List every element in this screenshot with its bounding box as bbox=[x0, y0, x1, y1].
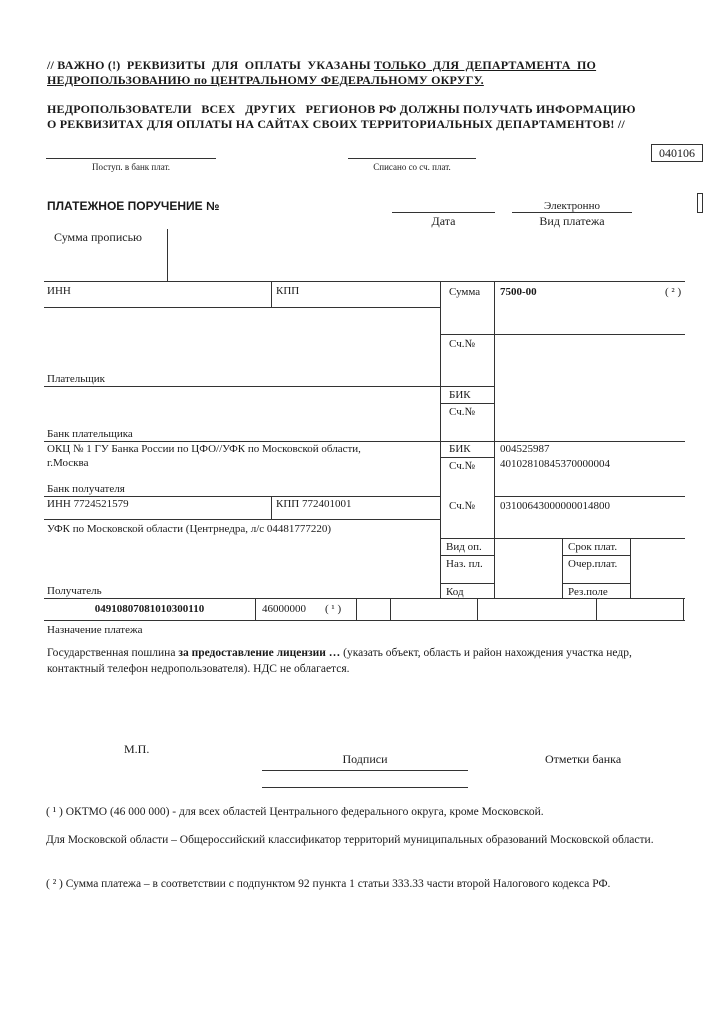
due-label: Срок плат. bbox=[568, 541, 617, 554]
payer-bank-label: Банк плательщика bbox=[47, 428, 133, 441]
notice-line1: // ВАЖНО (!) РЕКВИЗИТЫ ДЛЯ ОПЛАТЫ УКАЗАН… bbox=[47, 58, 374, 72]
recipient-bank-label: Банк получателя bbox=[47, 483, 125, 496]
payer-kpp-label: КПП bbox=[276, 285, 299, 298]
divider bbox=[390, 598, 391, 620]
form-code-box: 040106 bbox=[651, 144, 703, 162]
recipient-bank-name-line2: г.Москва bbox=[47, 457, 88, 470]
divider bbox=[440, 334, 685, 335]
divider bbox=[494, 281, 495, 598]
field-marker-box bbox=[697, 193, 703, 213]
op-type-label: Вид оп. bbox=[446, 541, 482, 554]
payer-bank-account-label: Сч.№ bbox=[449, 406, 475, 419]
recipient-bank-account-label: Сч.№ bbox=[449, 460, 475, 473]
recipient-account-label: Сч.№ bbox=[449, 500, 475, 513]
purpose-text-bold: за предоставление лицензии … bbox=[178, 647, 340, 659]
recipient-bank-bik-label: БИК bbox=[449, 443, 471, 456]
divider bbox=[562, 583, 630, 584]
recipient-label: Получатель bbox=[47, 585, 102, 598]
notice-line2: НЕДРОПОЛЬЗОВАНИЮ по ЦЕНТРАЛЬНОМУ ФЕДЕРАЛ… bbox=[47, 73, 484, 87]
signature-line-2 bbox=[262, 787, 468, 788]
divider bbox=[440, 457, 494, 458]
purpose-text-line2: контактный телефон недропользователя). Н… bbox=[47, 663, 349, 675]
divider bbox=[596, 598, 597, 620]
divider bbox=[683, 598, 684, 620]
recipient-bank-name-line1: ОКЦ № 1 ГУ Банка России по ЦФО//УФК по М… bbox=[47, 443, 361, 456]
divider bbox=[494, 496, 685, 497]
amount-label: Сумма bbox=[449, 286, 480, 299]
divider bbox=[562, 555, 630, 556]
kbk-code: 04910807081010300110 bbox=[44, 603, 255, 616]
divider bbox=[440, 583, 494, 584]
footnote-1: ( ¹ ) ОКТМО (46 000 000) - для всех обла… bbox=[46, 805, 674, 820]
divider bbox=[44, 620, 685, 621]
oktmo-code: 46000000 bbox=[262, 603, 306, 616]
date-line bbox=[392, 212, 495, 213]
received-line bbox=[46, 158, 216, 159]
amount-footnote: ( ² ) bbox=[665, 286, 681, 299]
divider bbox=[44, 519, 440, 520]
notice-line4: О РЕКВИЗИТАХ ДЛЯ ОПЛАТЫ НА САЙТАХ СВОИХ … bbox=[47, 117, 677, 132]
divider bbox=[167, 229, 168, 281]
recipient-name: УФК по Московской области (Центрнедра, л… bbox=[47, 523, 331, 536]
oktmo-footnote: ( ¹ ) bbox=[325, 603, 341, 616]
amount-value: 7500-00 bbox=[500, 286, 537, 299]
recipient-inn: ИНН 7724521579 bbox=[47, 498, 129, 511]
form-code: 040106 bbox=[659, 146, 695, 160]
divider bbox=[440, 403, 494, 404]
stamp-label: М.П. bbox=[124, 743, 149, 756]
purpose-text-suffix: (указать объект, область и район нахожде… bbox=[340, 647, 632, 659]
purpose-code-label: Наз. пл. bbox=[446, 558, 483, 571]
payment-type-label: Вид платежа bbox=[512, 215, 632, 228]
divider bbox=[44, 386, 494, 387]
notice-line1-underlined: ТОЛЬКО ДЛЯ ДЕПАРТАМЕНТА ПО bbox=[374, 58, 596, 72]
payer-bank-bik-label: БИК bbox=[449, 389, 471, 402]
amount-words-label: Сумма прописью bbox=[54, 231, 142, 244]
divider bbox=[440, 555, 494, 556]
priority-label: Очер.плат. bbox=[568, 558, 617, 571]
bank-marks-label: Отметки банка bbox=[545, 753, 621, 766]
payer-account-label: Сч.№ bbox=[449, 338, 475, 351]
footnote-1b: Для Московской области – Общероссийский … bbox=[46, 833, 674, 848]
recipient-bank-account-value: 40102810845370000004 bbox=[500, 458, 610, 471]
recipient-kpp: КПП 772401001 bbox=[276, 498, 351, 511]
payment-type-line bbox=[512, 212, 632, 213]
divider bbox=[44, 441, 685, 442]
payer-inn-label: ИНН bbox=[47, 285, 71, 298]
signature-line-1 bbox=[262, 770, 468, 771]
payer-label: Плательщик bbox=[47, 373, 105, 386]
purpose-text: Государственная пошлина за предоставлени… bbox=[47, 645, 687, 677]
divider bbox=[44, 598, 685, 599]
divider bbox=[44, 307, 440, 308]
signatures-label: Подписи bbox=[262, 753, 468, 766]
divider bbox=[630, 538, 631, 598]
date-label: Дата bbox=[392, 215, 495, 228]
recipient-account-value: 03100643000000014800 bbox=[500, 500, 610, 513]
notice-line3: НЕДРОПОЛЬЗОВАТЕЛИ ВСЕХ ДРУГИХ РЕГИОНОВ Р… bbox=[47, 102, 677, 117]
recipient-bank-bik-value: 004525987 bbox=[500, 443, 550, 456]
divider bbox=[562, 538, 563, 598]
divider bbox=[440, 281, 441, 598]
purpose-text-prefix: Государственная пошлина bbox=[47, 647, 178, 659]
divider bbox=[271, 281, 272, 307]
debited-label: Списано со сч. плат. bbox=[348, 161, 476, 174]
divider bbox=[44, 281, 685, 282]
divider bbox=[356, 598, 357, 620]
page-title: ПЛАТЕЖНОЕ ПОРУЧЕНИЕ № bbox=[47, 199, 219, 213]
divider bbox=[271, 496, 272, 519]
divider bbox=[44, 496, 440, 497]
footnote-2: ( ² ) Сумма платежа – в соответствии с п… bbox=[46, 877, 674, 892]
purpose-label: Назначение платежа bbox=[47, 624, 142, 637]
divider bbox=[477, 598, 478, 620]
divider bbox=[255, 598, 256, 620]
debited-line bbox=[348, 158, 476, 159]
received-label: Поступ. в банк плат. bbox=[46, 161, 216, 174]
important-notice: // ВАЖНО (!) РЕКВИЗИТЫ ДЛЯ ОПЛАТЫ УКАЗАН… bbox=[47, 58, 677, 132]
